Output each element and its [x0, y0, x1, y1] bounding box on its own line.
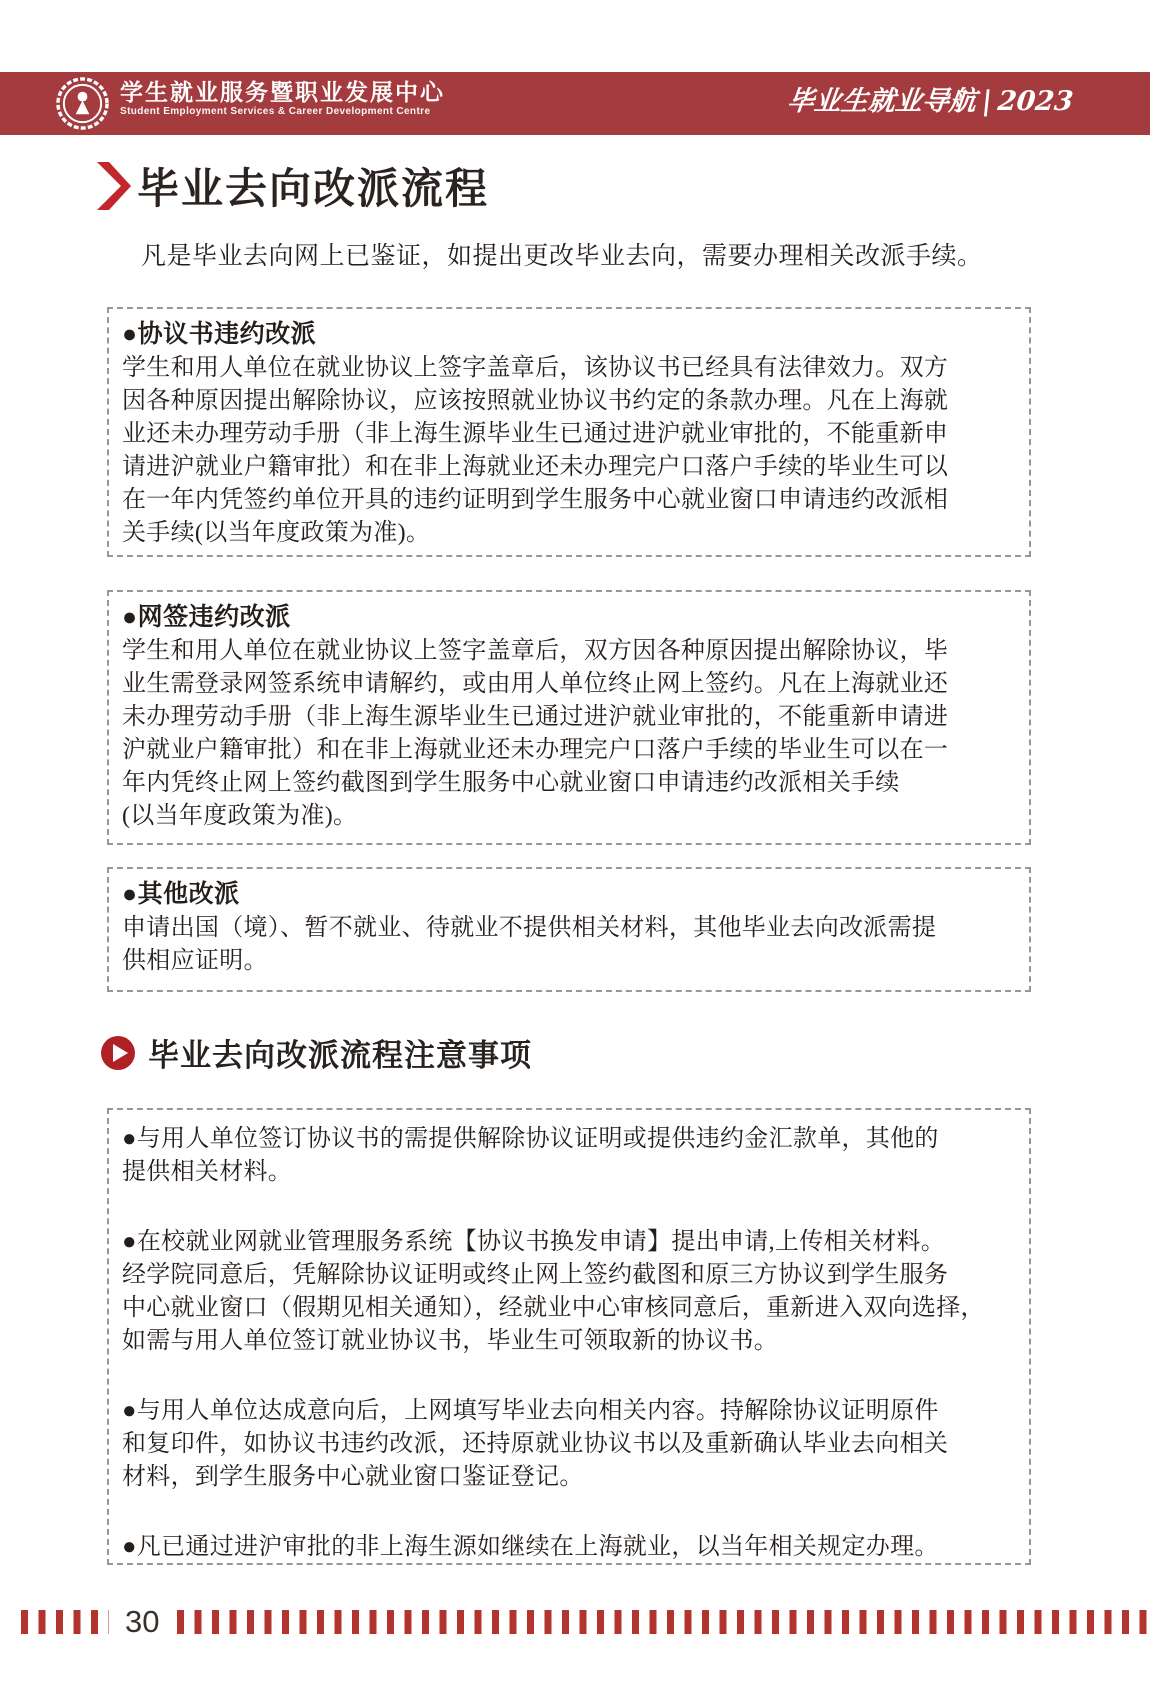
box-body: 申请出国（境）、暂不就业、待就业不提供相关材料，其他毕业去向改派需提 供相应证明…	[122, 912, 1017, 978]
note-item: ●与用人单位达成意向后，上网填写毕业去向相关内容。持解除协议证明原件 和复印件，…	[122, 1395, 1017, 1494]
document-page: 学生就业服务暨职业发展中心 Student Employment Service…	[0, 0, 1150, 1701]
section-title: 毕业去向改派流程注意事项	[148, 1030, 532, 1075]
intro-paragraph: 凡是毕业去向网上已鉴证，如提出更改毕业去向，需要办理相关改派手续。	[107, 240, 1047, 274]
box-body: 学生和用人单位在就业协议上签字盖章后，该协议书已经具有法律效力。双方 因各种原因…	[122, 352, 1017, 550]
university-seal-logo	[56, 77, 109, 130]
box-heading: ●网签违约改派	[122, 601, 1017, 635]
header-bar: 学生就业服务暨职业发展中心 Student Employment Service…	[0, 72, 1150, 135]
center-name-zh: 学生就业服务暨职业发展中心	[120, 79, 445, 105]
info-box-agreement-breach: ●协议书违约改派 学生和用人单位在就业协议上签字盖章后，该协议书已经具有法律效力…	[107, 307, 1031, 557]
box-heading: ●协议书违约改派	[122, 318, 1017, 352]
play-circle-icon	[100, 1035, 136, 1071]
page-title-row: 毕业去向改派流程	[95, 156, 489, 216]
header-center-name: 学生就业服务暨职业发展中心 Student Employment Service…	[120, 79, 445, 119]
footer-ticks-right	[177, 1610, 1150, 1634]
seal-icon	[56, 77, 109, 130]
info-box-online-sign-breach: ●网签违约改派 学生和用人单位在就业协议上签字盖章后，双方因各种原因提出解除协议…	[107, 590, 1031, 845]
edition-title: 毕业生就业导航	[785, 86, 977, 117]
info-box-other-reassignment: ●其他改派 申请出国（境）、暂不就业、待就业不提供相关材料，其他毕业去向改派需提…	[107, 867, 1031, 992]
footer-ticks-left	[21, 1610, 109, 1634]
center-name-en: Student Employment Services & Career Dev…	[120, 105, 445, 119]
edition-year: 2023	[996, 86, 1074, 117]
box-heading: ●其他改派	[122, 878, 1017, 912]
note-item: ●在校就业网就业管理服务系统【协议书换发申请】提出申请,上传相关材料。 经学院同…	[122, 1226, 1017, 1358]
chevron-right-icon	[95, 160, 131, 212]
note-item: ●凡已通过进沪审批的非上海生源如继续在上海就业，以当年相关规定办理。	[122, 1531, 1017, 1564]
note-item: ●与用人单位签订协议书的需提供解除协议证明或提供违约金汇款单，其他的 提供相关材…	[122, 1123, 1017, 1189]
section-heading-row: 毕业去向改派流程注意事项	[100, 1030, 532, 1075]
box-body: 学生和用人单位在就业协议上签字盖章后，双方因各种原因提出解除协议，毕 业生需登录…	[122, 635, 1017, 833]
page-title: 毕业去向改派流程	[137, 156, 489, 216]
notes-box: ●与用人单位签订协议书的需提供解除协议证明或提供违约金汇款单，其他的 提供相关材…	[107, 1108, 1031, 1565]
header-edition: 毕业生就业导航|2023	[785, 84, 1075, 120]
page-number: 30	[109, 1607, 177, 1637]
footer: 30	[0, 1607, 1150, 1637]
